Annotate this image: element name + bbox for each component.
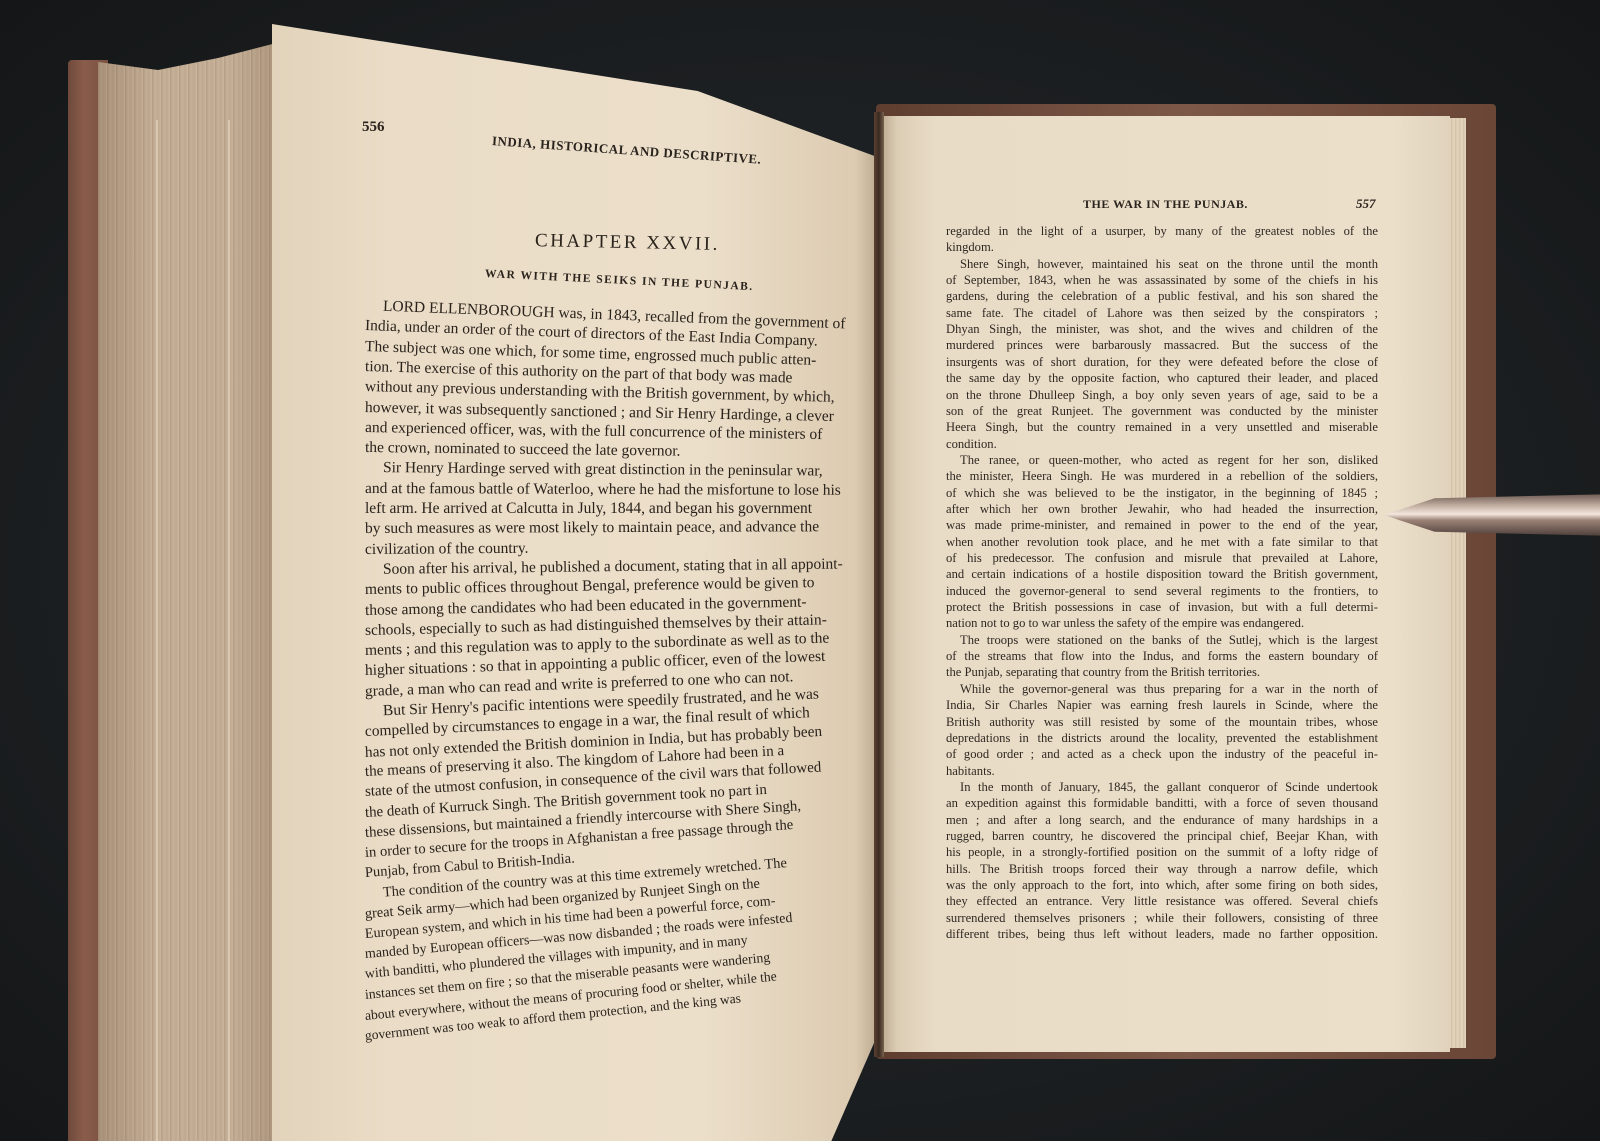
right-text-line: the minister, Heera Singh. He was murder… [946,469,1378,484]
right-text-line: was the only approach to the fort, into … [946,878,1378,893]
right-text-line: different tribes, being thus left withou… [946,927,1378,942]
right-text-line: after which her own brother Jewahir, who… [946,502,1378,517]
right-text-line: murdered princes were barbarously massac… [946,338,1378,353]
right-text-line: of good order ; and acted as a check upo… [946,747,1378,762]
right-text-line: While the governor-general was thus prep… [946,682,1378,697]
right-text-line: of September, 1843, when he was assassin… [946,273,1378,288]
right-text-line: was made prime-minister, and remained in… [946,518,1378,533]
right-text-line: condition. [946,437,1378,452]
right-text-line: the same day by the opposite faction, wh… [946,371,1378,386]
right-text-line: men ; and after a long search, and the e… [946,813,1378,828]
right-text-line: when another revolution took place, and … [946,535,1378,550]
right-text-line: an expedition against this formidable ba… [946,796,1378,811]
right-text-line: habitants. [946,764,1378,779]
right-text-line: The troops were stationed on the banks o… [946,633,1378,648]
right-text-line: his people, in a strongly-fortified posi… [946,845,1378,860]
right-text-line: The ranee, or queen-mother, who acted as… [946,453,1378,468]
right-text-line: kingdom. [946,240,1378,255]
right-text-line: protect the British possessions in case … [946,600,1378,615]
right-text-line: of which she was believed to be the inst… [946,486,1378,501]
right-text-line: of the streams that flow into the Indus,… [946,649,1378,664]
left-text-line: left arm. He arrived at Calcutta in July… [365,500,855,518]
right-text-line: of his predecessor. The confusion and mi… [946,551,1378,566]
chapter-title: CHAPTER XXVII. [535,230,720,256]
book-gutter [874,112,884,1057]
left-page-number: 556 [362,119,385,136]
left-text-line: by such measures as were most likely to … [365,518,855,538]
right-text-line: gardens, during the celebration of a pub… [946,289,1378,304]
right-text-line: rugged, barren country, he discovered th… [946,829,1378,844]
right-text-line: In the month of January, 1845, the galla… [946,780,1378,795]
right-text-line: hills. The British troops forced their w… [946,862,1378,877]
left-edge-shading [98,40,288,1141]
right-text-line: Dhyan Singh, the minister, was shot, and… [946,322,1378,337]
right-text-line: surrendered themselves prisoners ; while… [946,911,1378,926]
right-running-head: THE WAR IN THE PUNJAB. [1083,197,1248,212]
left-text-line: and at the famous battle of Waterloo, wh… [365,480,855,500]
right-text-line: British authority was still resisted by … [946,715,1378,730]
right-text-line: on the throne Dhulleep Singh, a boy only… [946,388,1378,403]
right-text-line: and certain indications of a hostile dis… [946,567,1378,582]
right-text-line: same fate. The citadel of Lahore was the… [946,306,1378,321]
right-text-line: nation not to go to war unless the safet… [946,616,1378,631]
right-text-line: India, Sir Charles Napier was earning fr… [946,698,1378,713]
book-photo: 556 INDIA, HISTORICAL AND DESCRIPTIVE. C… [0,0,1600,1141]
right-text-line: Shere Singh, however, maintained his sea… [946,257,1378,272]
right-text-line: they effected an entrance. Very little r… [946,894,1378,909]
right-text-line: depredations in the districts around the… [946,731,1378,746]
right-text-line: the Punjab, separating that country from… [946,665,1378,680]
right-text-line: regarded in the light of a usurper, by m… [946,224,1378,239]
right-text-line: induced the governor-general to send sev… [946,584,1378,599]
right-text-line: insurgents was of short duration, for th… [946,355,1378,370]
right-text-line: Heera Singh, but the country remained in… [946,420,1378,435]
right-text-line: son of the great Runjeet. The government… [946,404,1378,419]
right-page-number: 557 [1356,196,1376,212]
